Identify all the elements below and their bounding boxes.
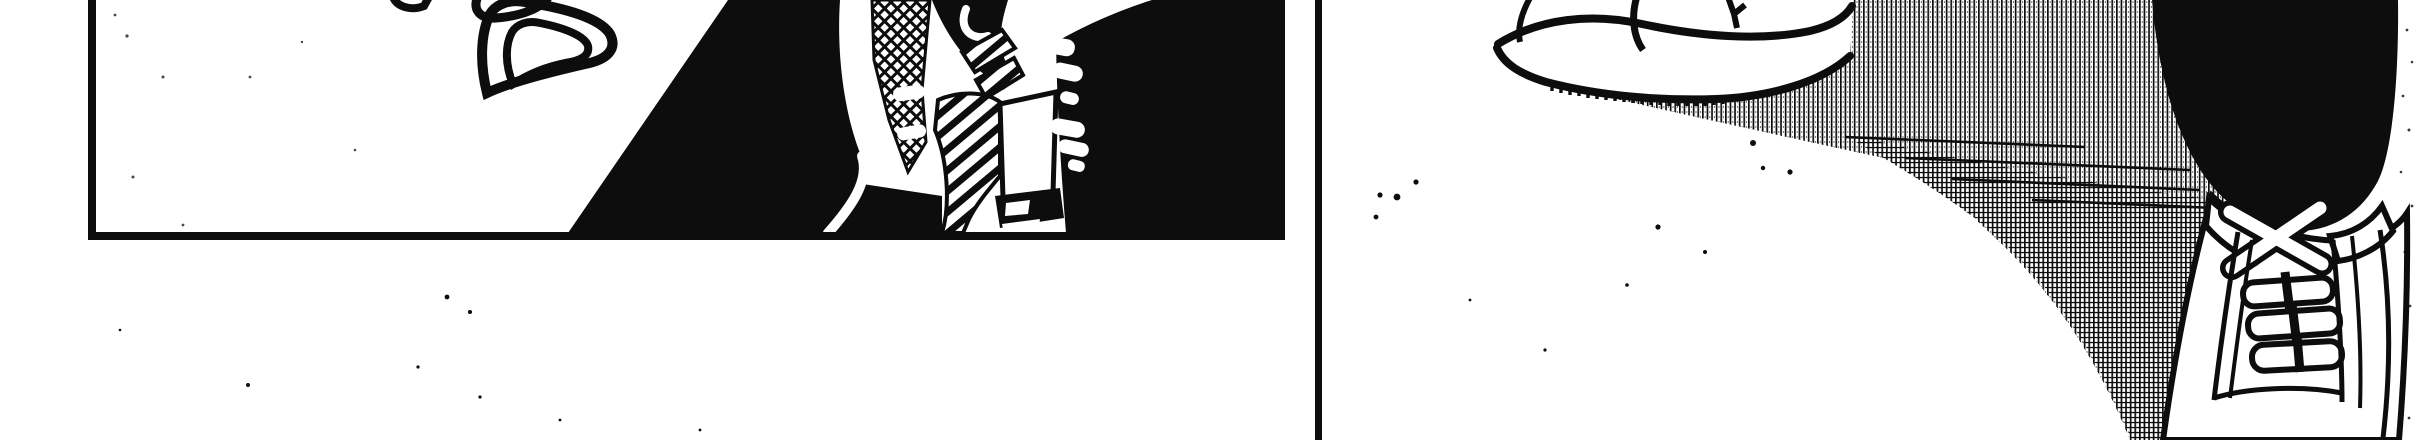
- panel-1-border-left: [88, 0, 96, 240]
- panel-1: [88, 0, 1285, 240]
- dark-figure-mass: [1056, 0, 1284, 233]
- upper-seam-y: [1728, 0, 1745, 28]
- floor-specks: [1374, 140, 1793, 352]
- panel-1-border-right: [1277, 0, 1285, 240]
- panel-2-border-left: [1315, 0, 1322, 440]
- panel-2: [1315, 0, 2413, 440]
- sneaker: [2163, 196, 2407, 440]
- panel-1-border-bottom: [88, 232, 1285, 240]
- paper-wedge: [1000, 92, 1056, 198]
- manga-page: [0, 0, 2415, 440]
- gutter-specks: [119, 295, 702, 432]
